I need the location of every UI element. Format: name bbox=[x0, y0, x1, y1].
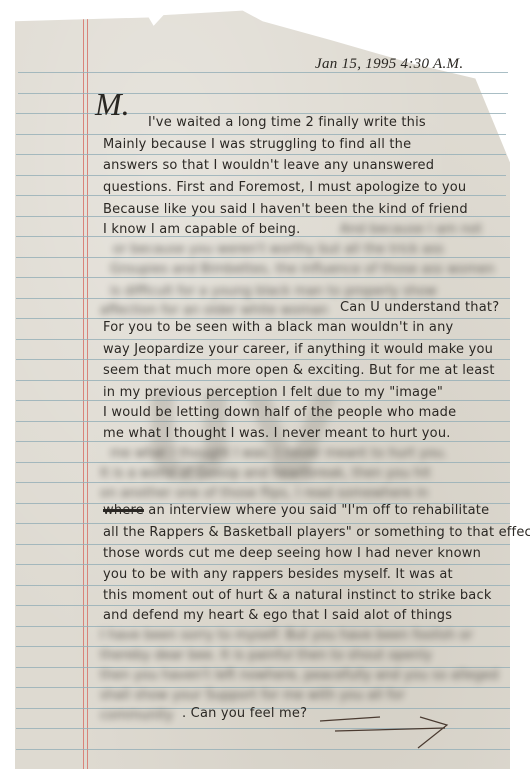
p1-line-6: I know I am capable of being. bbox=[103, 222, 300, 237]
p2-line-2: way Jeopardize your career, if anything … bbox=[103, 342, 493, 357]
p1-line-1: I've waited a long time 2 finally write … bbox=[148, 115, 426, 130]
margin-line-right bbox=[87, 6, 88, 769]
p2-line-6: me what I thought I was. I never meant t… bbox=[103, 426, 451, 441]
p3-line-1: where an interview where you said "I'm o… bbox=[103, 503, 489, 518]
ruled-line bbox=[16, 277, 510, 278]
ruled-line bbox=[16, 544, 510, 545]
redacted-text: me what I thought I was. I never meant t… bbox=[110, 446, 447, 461]
redacted-text: thereby dear bee. It is painful then to … bbox=[100, 648, 432, 663]
ruled-line bbox=[16, 134, 506, 135]
ruled-line bbox=[16, 154, 506, 155]
p1-line-3: answers so that I wouldn't leave any una… bbox=[103, 158, 434, 173]
redacted-text: Groupies and Bimbettes, the influence of… bbox=[110, 262, 495, 277]
closing-line: . Can you feel me? bbox=[182, 706, 307, 721]
redacted-text: And because I am not bbox=[340, 222, 482, 237]
ruled-line bbox=[16, 175, 506, 176]
ruled-line bbox=[16, 339, 510, 340]
ruled-line bbox=[16, 113, 506, 114]
p1-line-2: Mainly because I was struggling to find … bbox=[103, 137, 411, 152]
letter-date: Jan 15, 1995 4:30 A.M. bbox=[315, 56, 463, 73]
p1-line-4: questions. First and Foremost, I must ap… bbox=[103, 180, 466, 195]
ruled-line bbox=[16, 318, 510, 319]
p3-line-2: all the Rappers & Basketball players" or… bbox=[103, 525, 530, 540]
redacted-text: is difficult for a young black man to pr… bbox=[110, 284, 437, 299]
redacted-text: It is a world of Gossip and heartbreak, … bbox=[100, 466, 431, 481]
ruled-line bbox=[16, 195, 506, 196]
redacted-text: affection for an older white woman bbox=[100, 303, 328, 318]
p3-line-3: those words cut me deep seeing how I had… bbox=[103, 546, 481, 561]
p2-line-5: I would be letting down half of the peop… bbox=[103, 405, 456, 420]
p2-line-3: seem that much more open & exciting. But… bbox=[103, 363, 495, 378]
p2-line-1: For you to be seen with a black man woul… bbox=[103, 320, 453, 335]
salutation: M. bbox=[95, 86, 130, 123]
redacted-text: I have been sorry to myself. But you hav… bbox=[100, 628, 473, 643]
ruled-line bbox=[18, 93, 508, 94]
ruled-line bbox=[16, 605, 510, 606]
arrow-icon bbox=[300, 690, 460, 750]
ruled-line bbox=[16, 564, 510, 565]
p1-question: Can U understand that? bbox=[340, 300, 499, 315]
p3-line-4: you to be with any rappers besides mysel… bbox=[103, 567, 453, 582]
p2-line-4: in my previous perception I felt due to … bbox=[103, 385, 443, 400]
redacted-text: on another one of those flips, I read so… bbox=[100, 486, 428, 501]
ruled-line bbox=[16, 585, 510, 586]
margin-line-left bbox=[83, 6, 84, 769]
redacted-text: then you haven't left nowhere, peacefull… bbox=[100, 668, 499, 683]
p1-line-5: Because like you said I haven't been the… bbox=[103, 202, 468, 217]
p3-line-5: this moment out of hurt & a natural inst… bbox=[103, 588, 492, 603]
p3-line-6: and defend my heart & ego that I said al… bbox=[103, 608, 452, 623]
ruled-line bbox=[16, 626, 510, 627]
ruled-line bbox=[16, 646, 510, 647]
crossed-out-word: where bbox=[103, 503, 144, 518]
ruled-line bbox=[16, 359, 510, 360]
redacted-text: or because you weren't worthy but all th… bbox=[113, 242, 444, 257]
ruled-line bbox=[16, 257, 510, 258]
redacted-text: community bbox=[100, 708, 173, 723]
ruled-line bbox=[16, 523, 510, 524]
